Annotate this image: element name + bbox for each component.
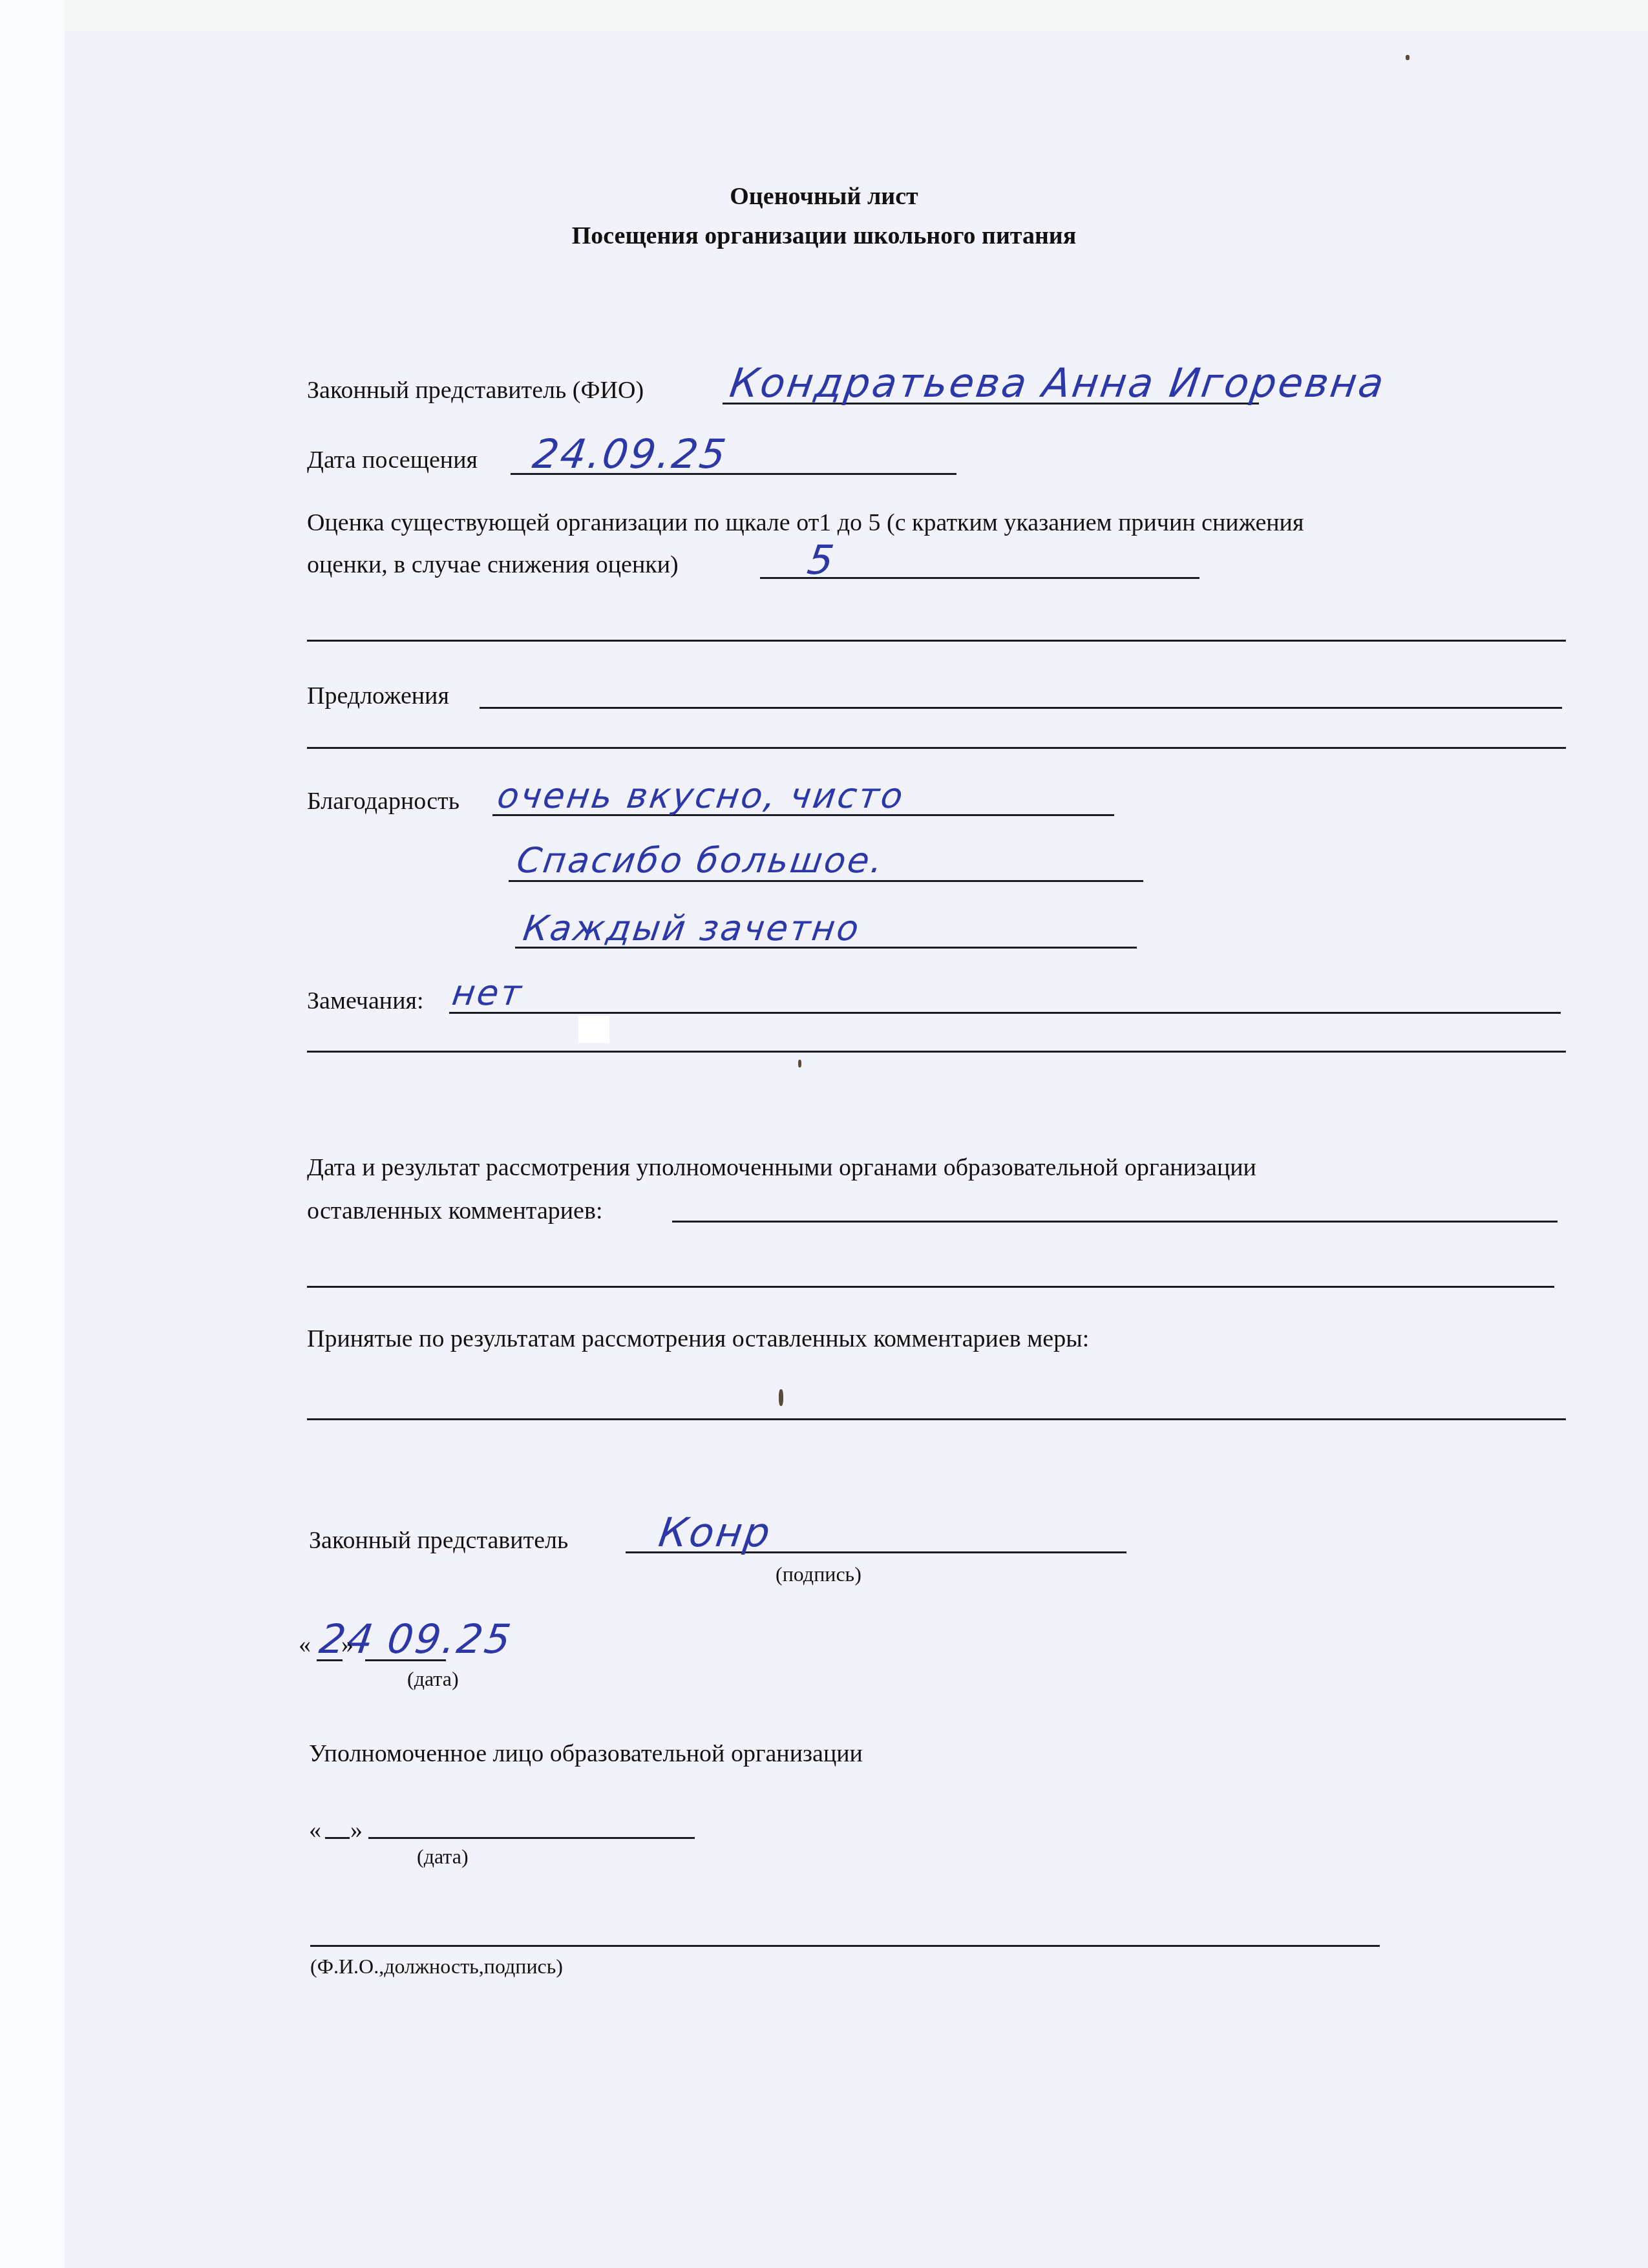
date-close-quote: »	[341, 1630, 354, 1659]
gratitude-text-2[interactable]: Спасибо большое.	[514, 840, 887, 881]
document-title: Оценочный лист	[0, 182, 1648, 211]
representative-sign-label: Законный представитель	[309, 1526, 568, 1555]
representative-label: Законный представитель (ФИО)	[307, 376, 644, 404]
suggestions-field-line[interactable]	[480, 707, 1562, 709]
remarks-field-line[interactable]	[449, 1012, 1561, 1014]
auth-date-caption: (дата)	[417, 1845, 469, 1869]
rating-extra-line[interactable]	[307, 640, 1566, 642]
suggestions-label: Предложения	[307, 682, 449, 710]
rep-date-rest[interactable]: 09.25	[385, 1615, 516, 1663]
measures-field-line[interactable]	[307, 1418, 1566, 1420]
gratitude-label: Благодарность	[307, 787, 460, 815]
suggestions-extra-line[interactable]	[307, 747, 1566, 749]
correction-patch	[578, 1016, 609, 1043]
gratitude-text-3[interactable]: Каждый зачетно	[521, 908, 863, 949]
date-caption: (дата)	[407, 1667, 459, 1691]
visit-date-value[interactable]: 24.09.25	[530, 430, 730, 478]
rating-label-line2: оценки, в случае снижения оценки)	[307, 551, 679, 579]
date-open-quote: «	[299, 1630, 311, 1659]
review-label-line1: Дата и результат рассмотрения уполномоче…	[307, 1153, 1256, 1182]
fio-signature-line[interactable]	[310, 1945, 1380, 1947]
scan-speck	[779, 1389, 783, 1406]
visit-date-label: Дата посещения	[307, 446, 478, 474]
measures-label: Принятые по результатам рассмотрения ост…	[307, 1325, 1089, 1353]
review-extra-line[interactable]	[307, 1286, 1554, 1288]
auth-date-day-line[interactable]	[325, 1837, 350, 1839]
authorized-person-label: Уполномоченное лицо образовательной орга…	[309, 1739, 863, 1768]
review-label-line2: оставленных комментариев:	[307, 1197, 602, 1225]
auth-date-rest-line[interactable]	[368, 1837, 695, 1839]
scan-speck	[798, 1060, 801, 1067]
fio-caption: (Ф.И.О.,должность,подпись)	[310, 1955, 563, 1979]
scan-speck	[1406, 55, 1410, 60]
scan-border-top	[0, 0, 1648, 31]
rating-label-line1: Оценка существующей организации по щкале…	[307, 509, 1304, 537]
remarks-extra-line[interactable]	[307, 1051, 1566, 1053]
representative-signature[interactable]: Конр	[656, 1509, 775, 1556]
signature-caption: (подпись)	[776, 1562, 861, 1586]
auth-date-close-quote: »	[350, 1816, 363, 1844]
document-subtitle: Посещения организации школьного питания	[0, 222, 1648, 250]
review-field-line[interactable]	[672, 1221, 1558, 1223]
gratitude-text-1[interactable]: очень вкусно, чисто	[495, 775, 907, 816]
scan-border-left	[0, 0, 65, 2268]
remarks-label: Замечания:	[307, 987, 424, 1015]
auth-date-open-quote: «	[309, 1816, 321, 1844]
representative-value[interactable]: Кондратьева Анна Игоревна	[727, 359, 1389, 406]
remarks-value[interactable]: нет	[450, 972, 526, 1013]
